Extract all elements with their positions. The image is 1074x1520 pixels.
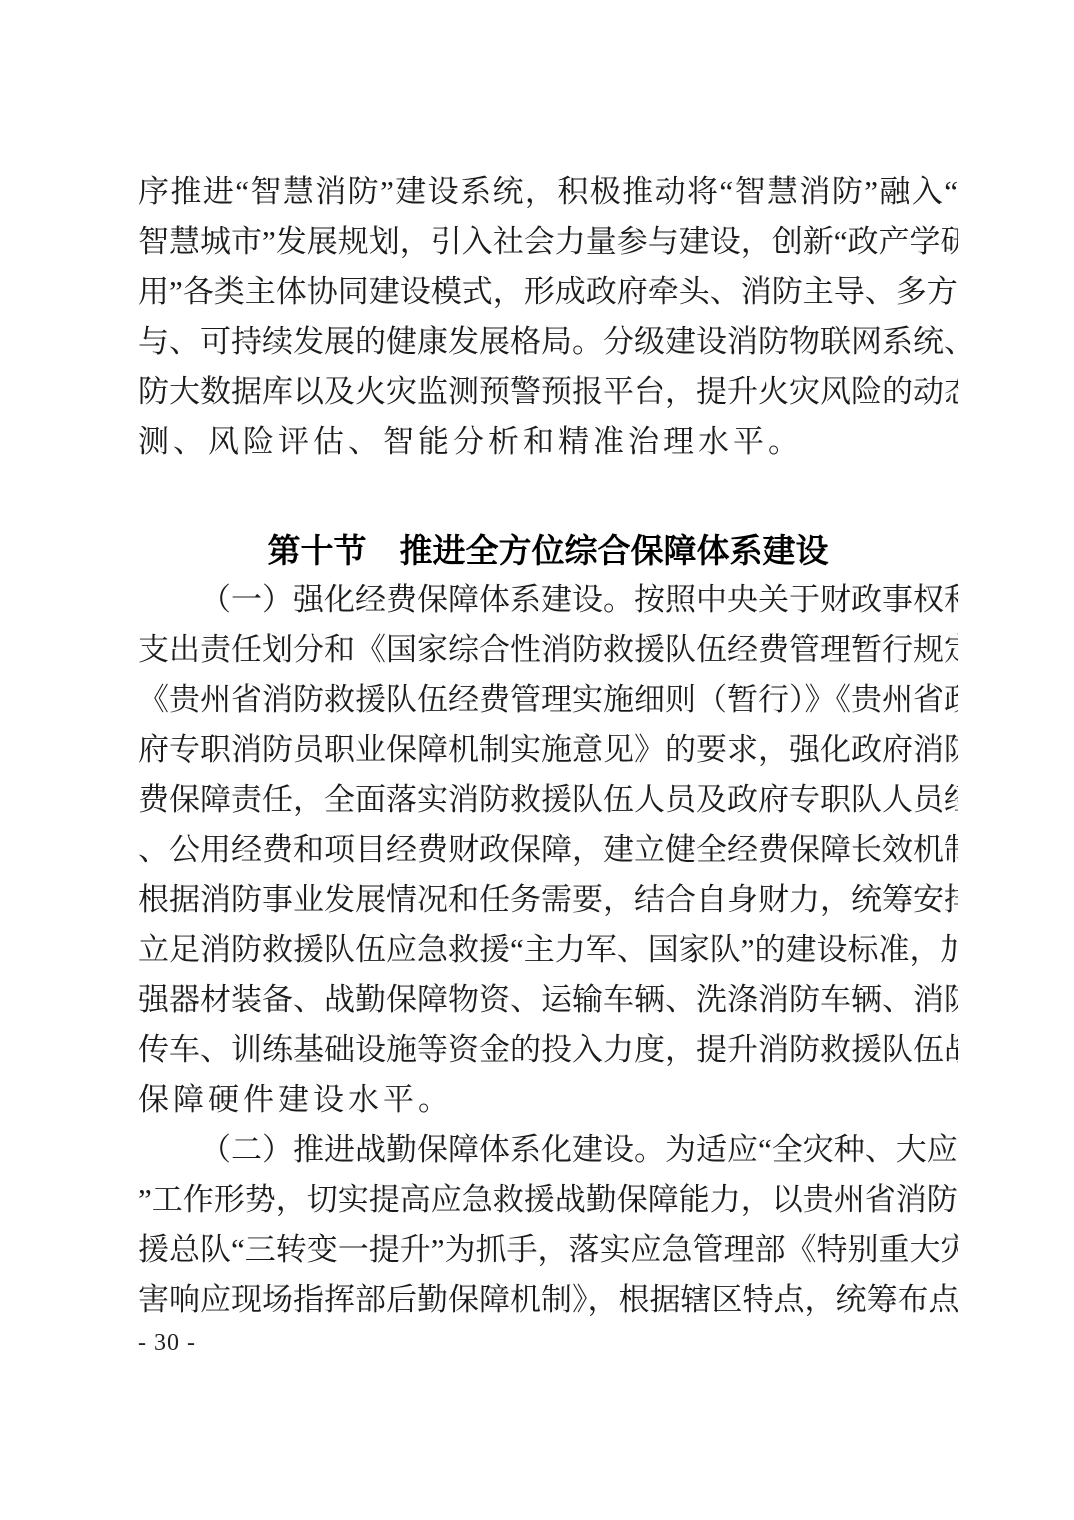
body-paragraph-1: 序推进“智慧消防”建设系统，积极推动将“智慧消防”融入“ 智慧城市”发展规划，引… bbox=[138, 167, 958, 467]
text-line: （一）强化经费保障体系建设。按照中央关于财政事权和 bbox=[138, 575, 958, 625]
text-line: 保障硬件建设水平。 bbox=[138, 1075, 958, 1125]
text-line: 根据消防事业发展情况和任务需要，结合自身财力，统筹安排， bbox=[138, 875, 958, 925]
text-line: 测、风险评估、智能分析和精准治理水平。 bbox=[138, 417, 958, 467]
text-line: 强器材装备、战勤保障物资、运输车辆、洗涤消防车辆、消防宣 bbox=[138, 975, 958, 1025]
text-line: 与、可持续发展的健康发展格局。分级建设消防物联网系统、消 bbox=[138, 317, 958, 367]
text-line: 支出责任划分和《国家综合性消防救援队伍经费管理暂行规定》 bbox=[138, 625, 958, 675]
text-line: ”工作形势，切实提高应急救援战勤保障能力，以贵州省消防救 bbox=[138, 1175, 958, 1225]
text-line: 、公用经费和项目经费财政保障，建立健全经费保障长效机制。 bbox=[138, 825, 958, 875]
text-line: 传车、训练基础设施等资金的投入力度，提升消防救援队伍战勤 bbox=[138, 1025, 958, 1075]
text-block: 序推进“智慧消防”建设系统，积极推动将“智慧消防”融入“ 智慧城市”发展规划，引… bbox=[138, 167, 958, 1325]
text-line: 《贵州省消防救援队伍经费管理实施细则（暂行）》《贵州省政 bbox=[138, 675, 958, 725]
text-line: 府专职消防员职业保障机制实施意见》的要求，强化政府消防经 bbox=[138, 725, 958, 775]
text-line: 用”各类主体协同建设模式，形成政府牵头、消防主导、多方参 bbox=[138, 267, 958, 317]
body-paragraph-2: （一）强化经费保障体系建设。按照中央关于财政事权和 支出责任划分和《国家综合性消… bbox=[138, 575, 958, 1125]
page-number: - 30 - bbox=[138, 1330, 196, 1357]
text-line: 费保障责任，全面落实消防救援队伍人员及政府专职队人员经费 bbox=[138, 775, 958, 825]
document-page: 序推进“智慧消防”建设系统，积极推动将“智慧消防”融入“ 智慧城市”发展规划，引… bbox=[0, 0, 1074, 1520]
text-line: （二）推进战勤保障体系化建设。为适应“全灾种、大应急 bbox=[138, 1125, 958, 1175]
text-line: 立足消防救援队伍应急救援“主力军、国家队”的建设标准，加 bbox=[138, 925, 958, 975]
body-paragraph-3: （二）推进战勤保障体系化建设。为适应“全灾种、大应急 ”工作形势，切实提高应急救… bbox=[138, 1125, 958, 1325]
text-line: 害响应现场指挥部后勤保障机制》，根据辖区特点，统筹布点， bbox=[138, 1275, 958, 1325]
section-heading: 第十节 推进全方位综合保障体系建设 bbox=[138, 528, 958, 574]
text-line: 智慧城市”发展规划，引入社会力量参与建设，创新“政产学研 bbox=[138, 217, 958, 267]
text-line: 序推进“智慧消防”建设系统，积极推动将“智慧消防”融入“ bbox=[138, 167, 958, 217]
text-line: 防大数据库以及火灾监测预警预报平台，提升火灾风险的动态监 bbox=[138, 367, 958, 417]
text-line: 援总队“三转变一提升”为抓手，落实应急管理部《特别重大灾 bbox=[138, 1225, 958, 1275]
